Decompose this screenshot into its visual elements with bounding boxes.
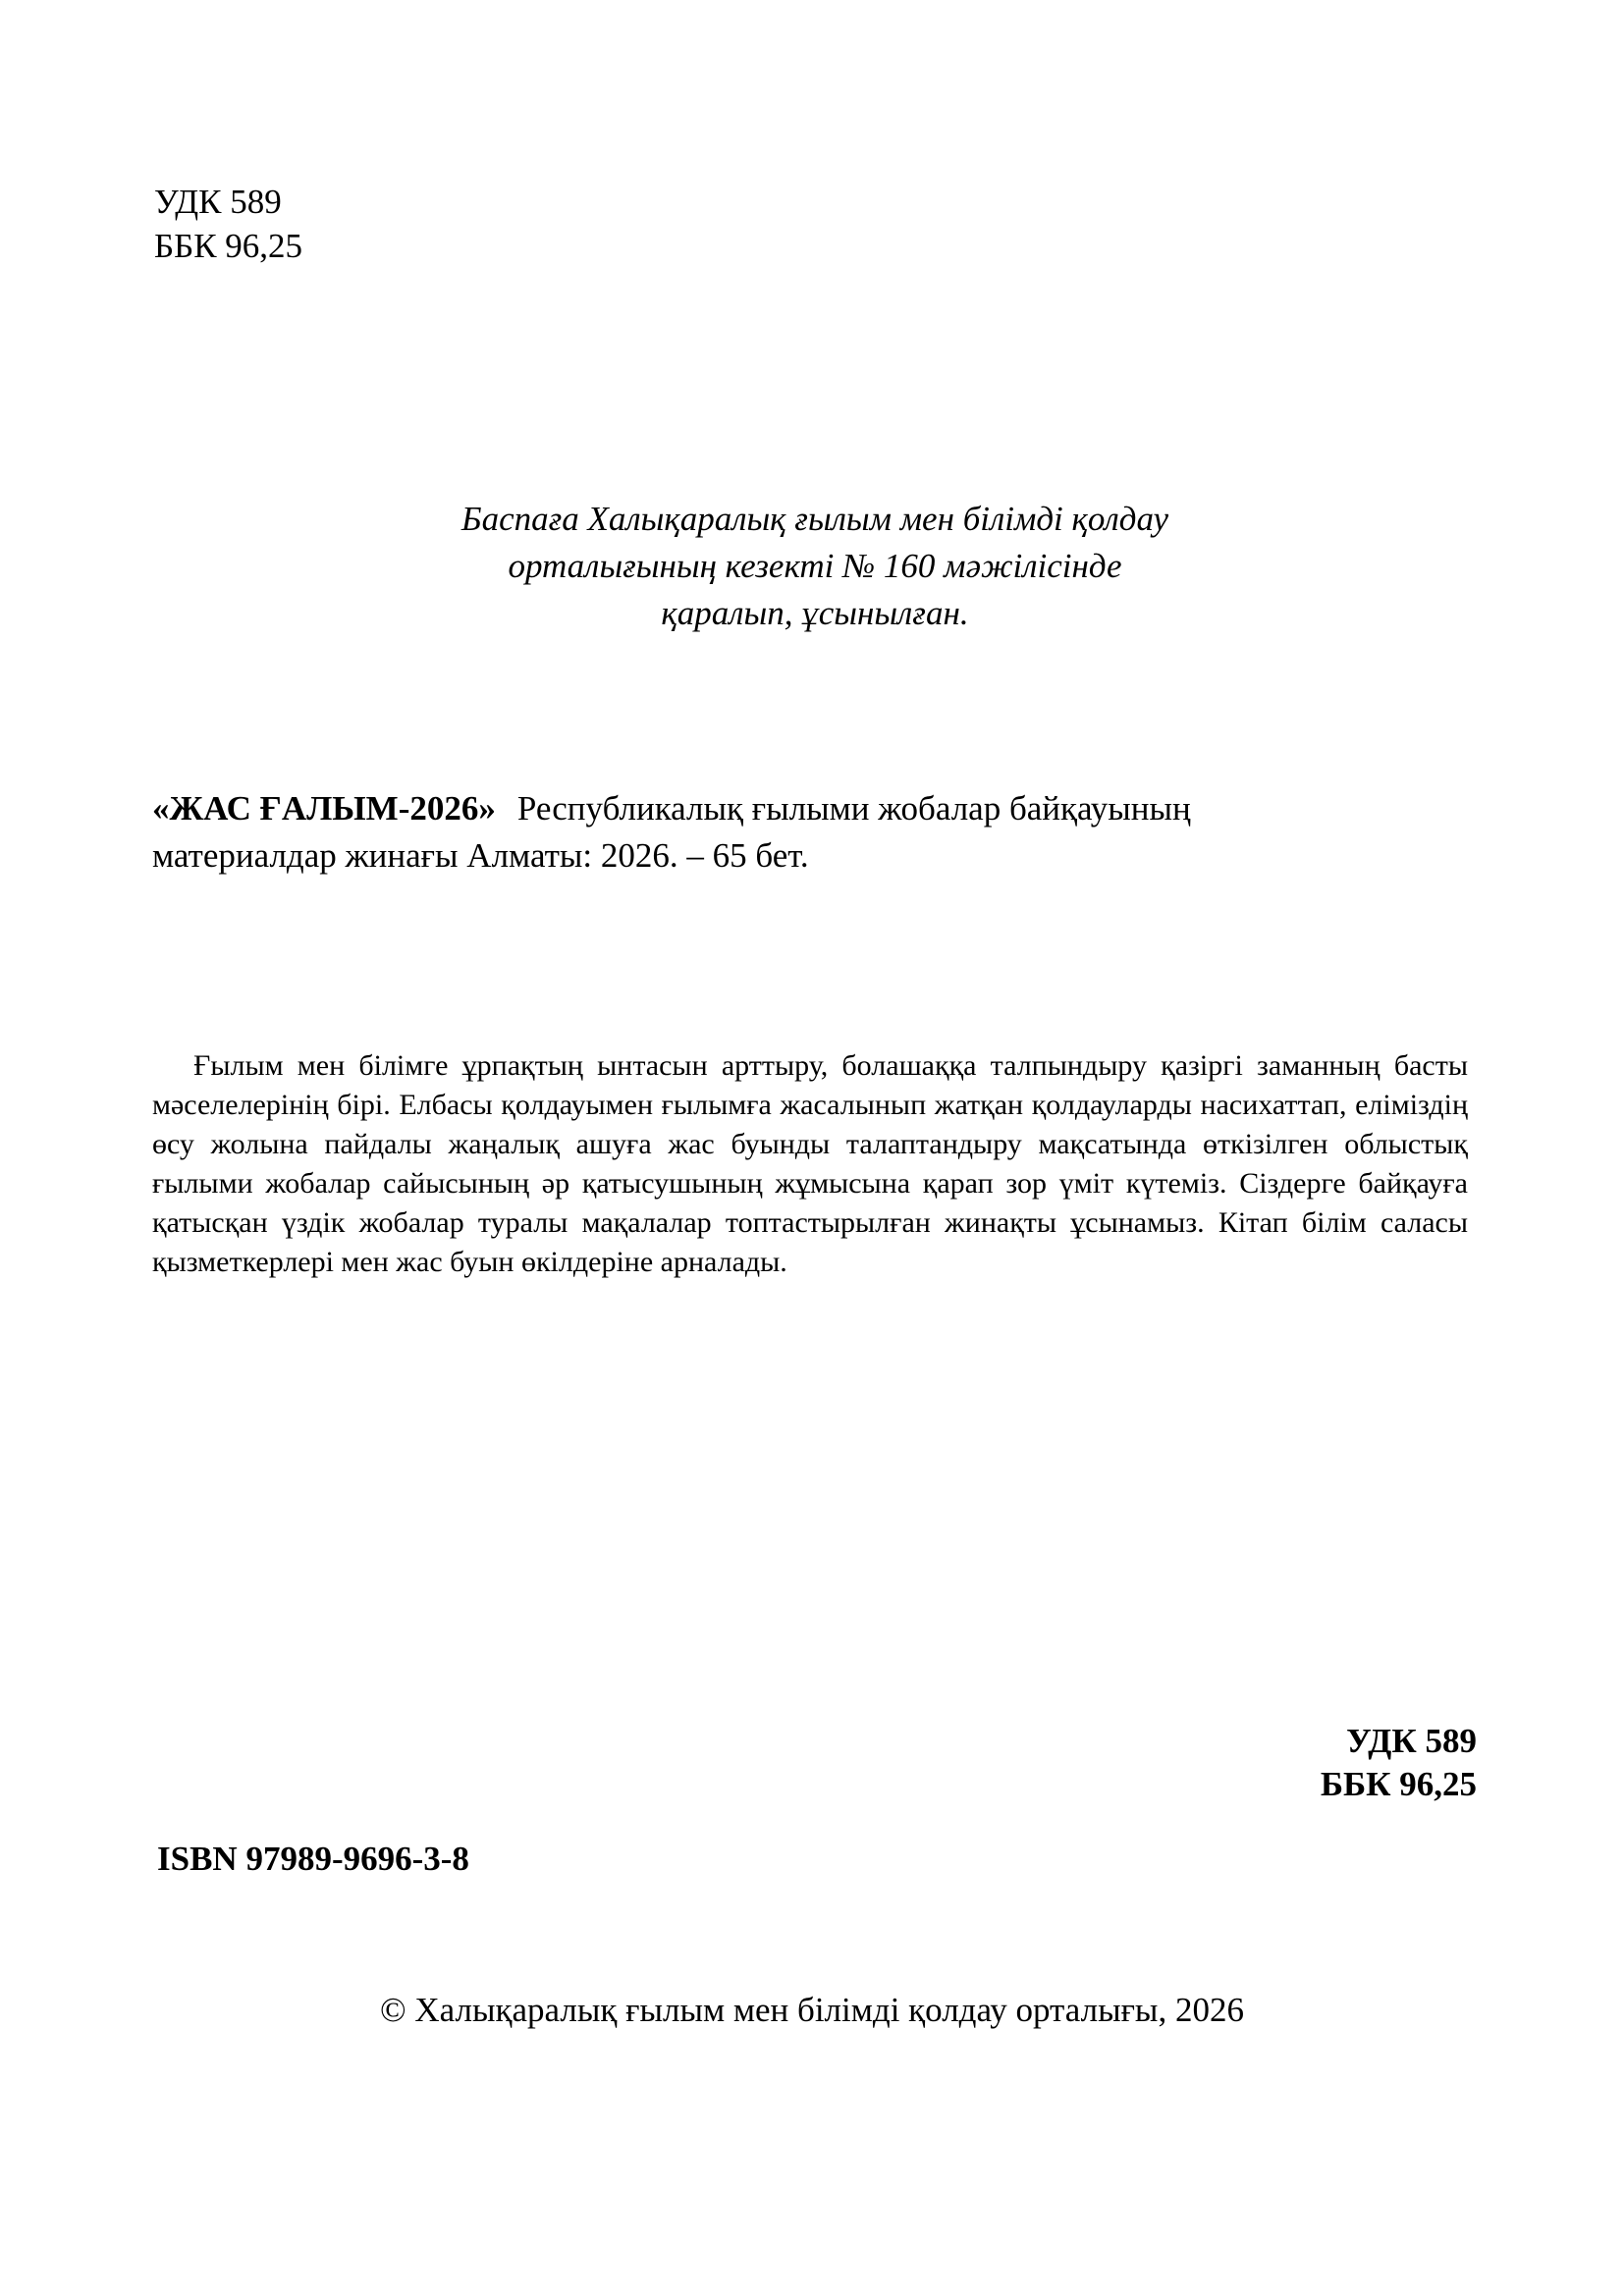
udk-code: УДК 589 — [154, 180, 302, 224]
citation-description-2: материалдар жинағы Алматы: 2026. – 65 бе… — [152, 832, 1488, 880]
isbn-number: ISBN 97989-9696-3-8 — [157, 1838, 469, 1881]
approval-line-1: Баспаға Халықаралық ғылым мен білімді қо… — [295, 496, 1335, 543]
citation-line-1: «ЖАС ҒАЛЫМ-2026»Республикалық ғылыми жоб… — [152, 785, 1488, 832]
bibliographic-citation: «ЖАС ҒАЛЫМ-2026»Республикалық ғылыми жоб… — [152, 785, 1488, 880]
classification-codes-bottom: УДК 589 ББК 96,25 — [1321, 1720, 1477, 1806]
udk-code-bottom: УДК 589 — [1321, 1720, 1477, 1763]
abstract-paragraph: Ғылым мен білімге ұрпақтың ынтасын артты… — [152, 1046, 1468, 1282]
classification-codes-top: УДК 589 ББК 96,25 — [154, 180, 302, 268]
copyright-notice: © Халықаралық ғылым мен білімді қолдау о… — [0, 1989, 1624, 2032]
approval-line-3: қаралып, ұсынылған. — [295, 590, 1335, 637]
publication-approval-note: Баспаға Халықаралық ғылым мен білімді қо… — [295, 496, 1335, 637]
bbk-code: ББК 96,25 — [154, 224, 302, 268]
approval-line-2: орталығының кезекті № 160 мәжілісінде — [295, 543, 1335, 590]
collection-title: «ЖАС ҒАЛЫМ-2026» — [152, 789, 496, 828]
citation-description-1: Республикалық ғылыми жобалар байқауының — [517, 789, 1191, 828]
bbk-code-bottom: ББК 96,25 — [1321, 1763, 1477, 1806]
